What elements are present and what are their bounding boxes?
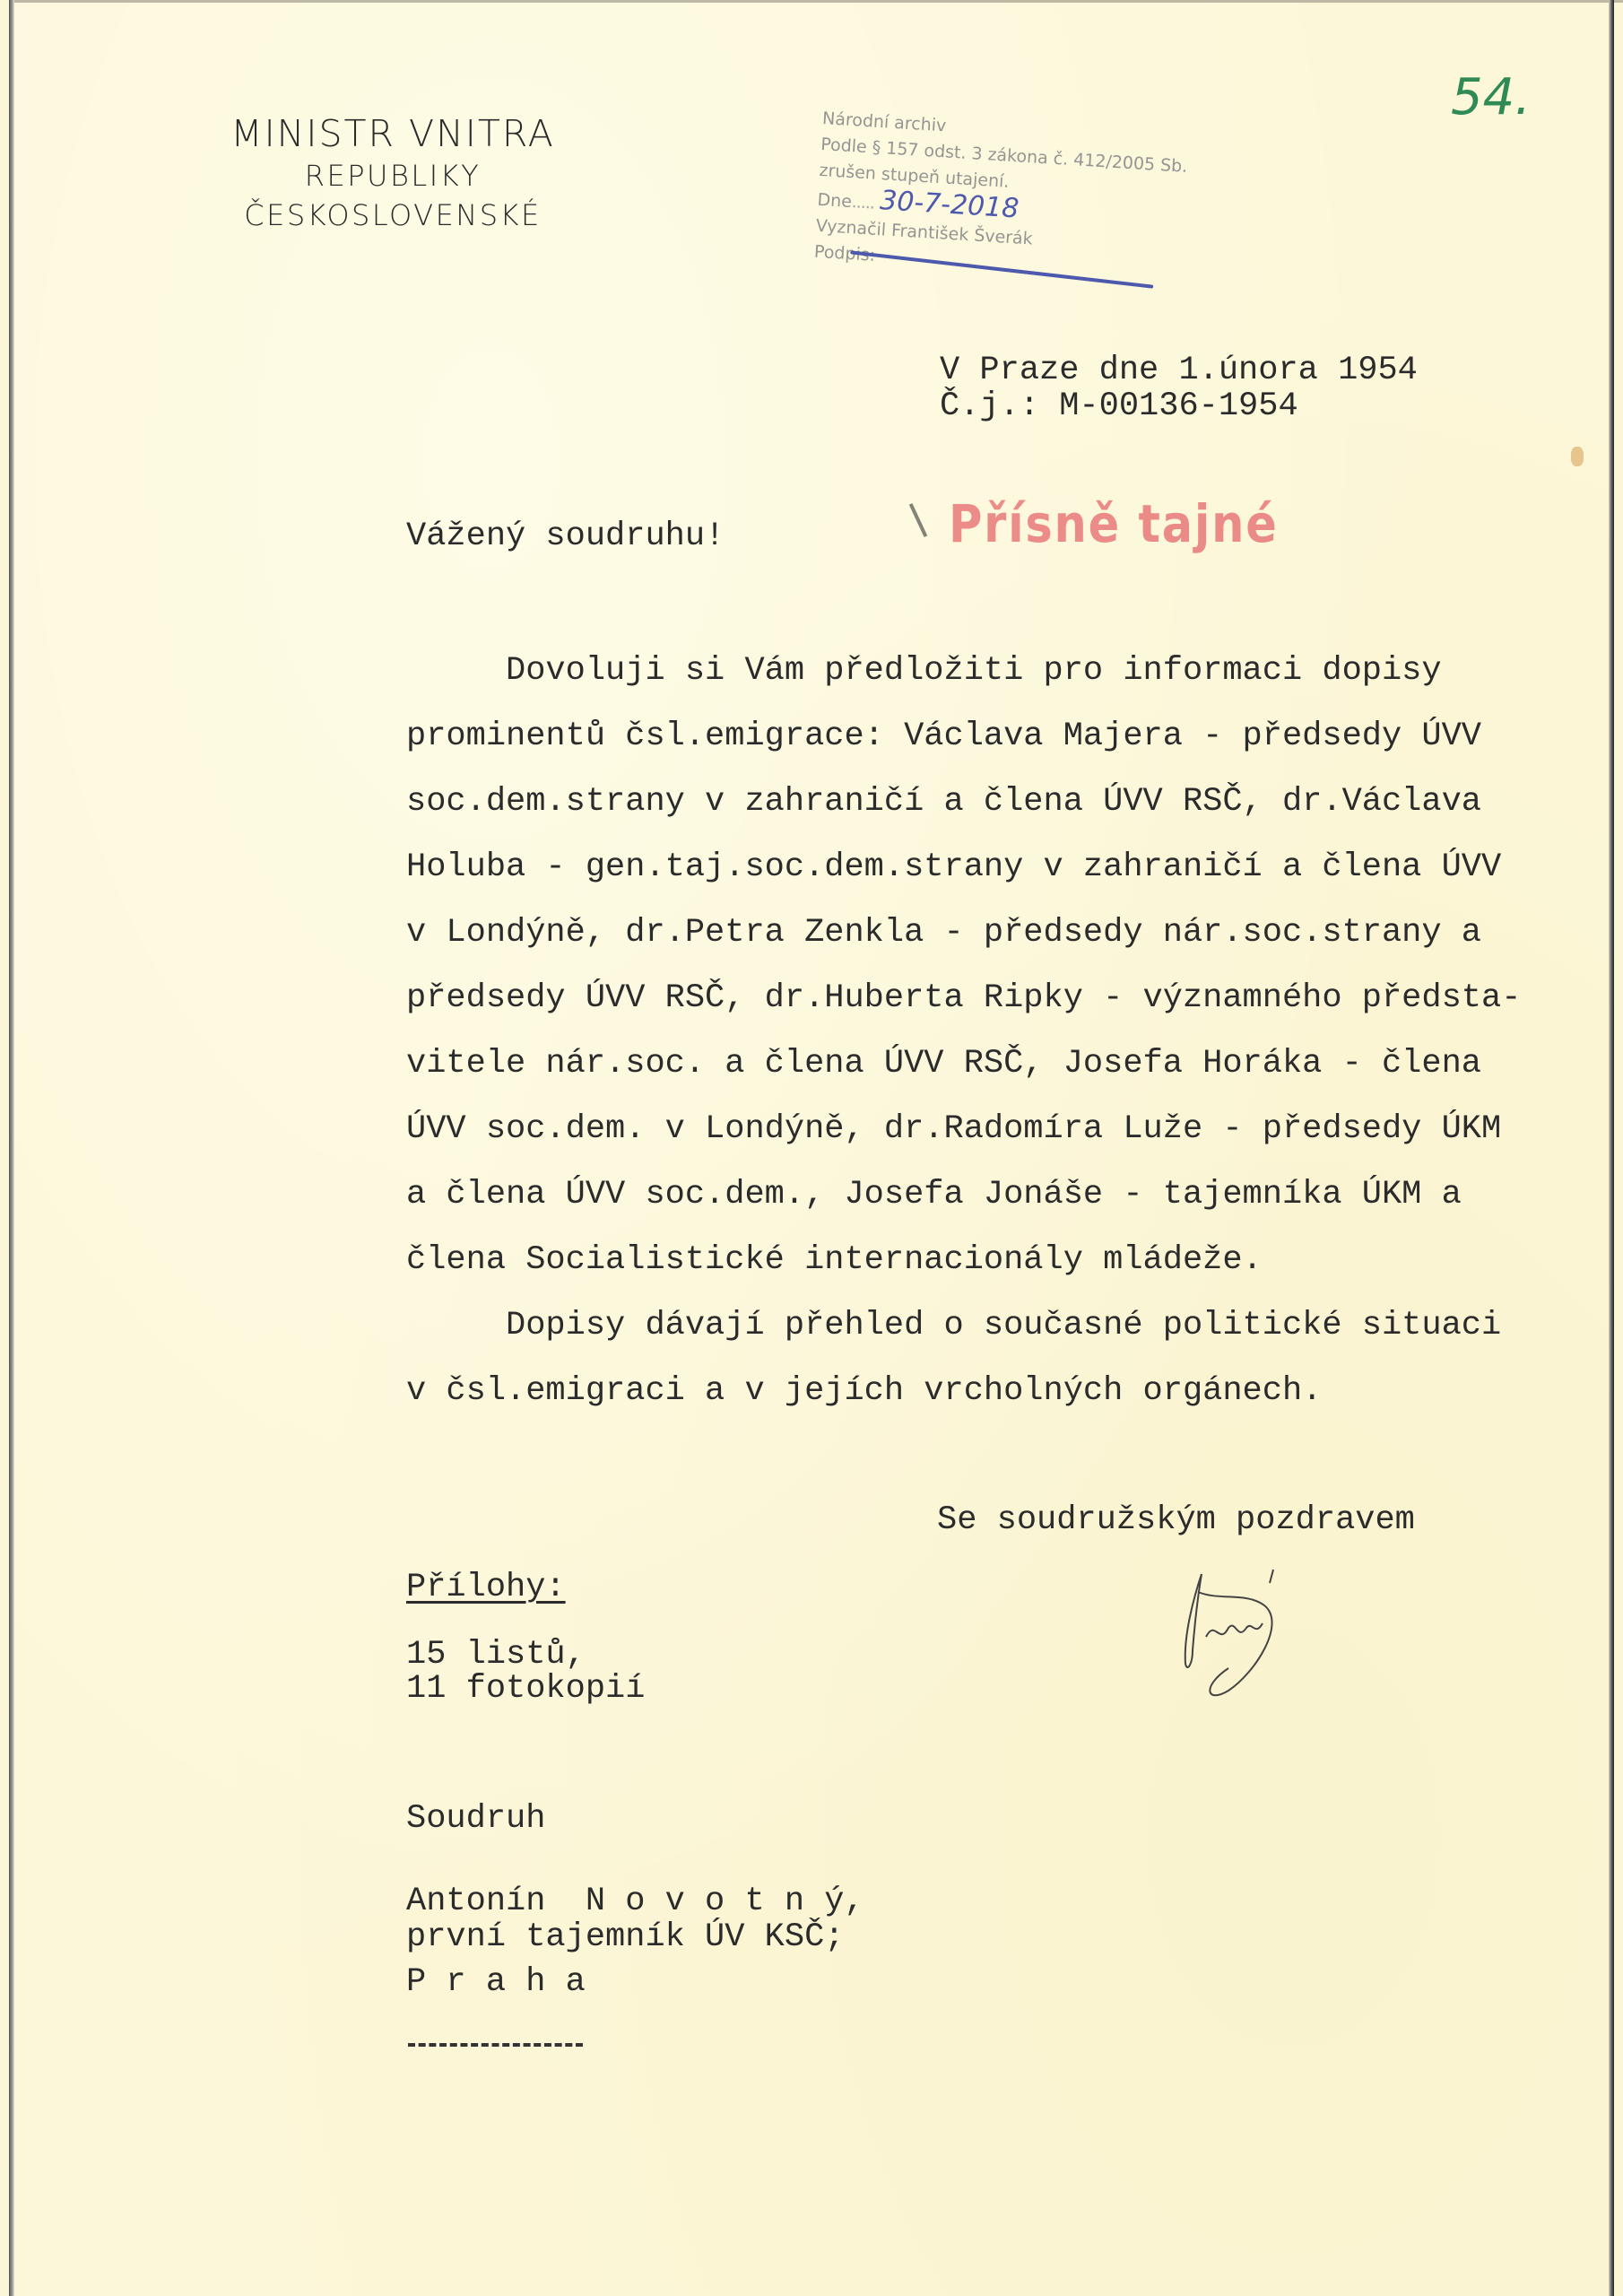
body-line: v Londýně, dr.Petra Zenkla - předsedy ná…: [406, 915, 1481, 951]
letterhead: MINISTR VNITRA REPUBLIKY ČESKOSLOVENSKÉ: [160, 111, 626, 235]
archive-declassification-stamp: Národní archiv Podle § 157 odst. 3 zákon…: [811, 106, 1199, 335]
closing-greeting: Se soudružským pozdravem: [937, 1502, 1415, 1538]
body-line: a člena ÚVV soc.dem., Josefa Jonáše - ta…: [406, 1177, 1462, 1213]
body-line: soc.dem.strany v zahraničí a člena ÚVV R…: [406, 784, 1481, 820]
salutation: Vážený soudruhu!: [406, 518, 725, 554]
page-right-edge: [1609, 0, 1614, 2296]
attachment-item: 11 fotokopií: [406, 1671, 645, 1707]
place-and-date: V Praze dne 1.února 1954: [940, 352, 1418, 388]
attachments-heading: Přílohy:: [406, 1570, 566, 1605]
attachment-item: 15 listů,: [406, 1637, 586, 1673]
letterhead-title: MINISTR VNITRA: [160, 111, 626, 156]
body-line: předsedy ÚVV RSČ, dr.Huberta Ripky - výz…: [406, 980, 1521, 1016]
body-line: člena Socialistické internacionály mláde…: [406, 1242, 1263, 1278]
page-left-edge: [9, 0, 14, 2296]
body-line: Holuba - gen.taj.soc.dem.strany v zahran…: [406, 849, 1501, 885]
recipient-position: první tajemník ÚV KSČ;: [406, 1919, 844, 1955]
reference-number: Č.j.: M-00136-1954: [940, 388, 1298, 424]
body-line: Dopisy dávají přehled o současné politic…: [406, 1308, 1501, 1344]
paper-stain: [1571, 447, 1584, 466]
recipient-title: Soudruh: [406, 1801, 545, 1837]
page-number: 54.: [1451, 68, 1531, 126]
body-line: Dovoluji si Vám předložiti pro informaci…: [406, 653, 1442, 689]
body-line: v čsl.emigraci a v jejích vrcholných org…: [406, 1373, 1322, 1409]
body-line: vitele nár.soc. a člena ÚVV RSČ, Josefa …: [406, 1046, 1481, 1082]
handwritten-signature: [1166, 1565, 1345, 1709]
page-top-edge: [9, 0, 1623, 3]
top-secret-stamp: Přísně tajné: [949, 493, 1279, 554]
body-line: ÚVV soc.dem. v Londýně, dr.Radomíra Luže…: [406, 1111, 1501, 1147]
recipient-city: P r a h a: [406, 1964, 586, 2000]
recipient-name: Antonín N o v o t n ý,: [406, 1883, 864, 1919]
letterhead-subtitle: REPUBLIKY ČESKOSLOVENSKÉ: [160, 156, 626, 235]
stamp-dots: .....: [851, 192, 874, 213]
body-line: prominentů čsl.emigrace: Václava Majera …: [406, 718, 1481, 754]
separator-dashes: [408, 2043, 583, 2047]
stamp-line: Dne: [817, 190, 853, 212]
